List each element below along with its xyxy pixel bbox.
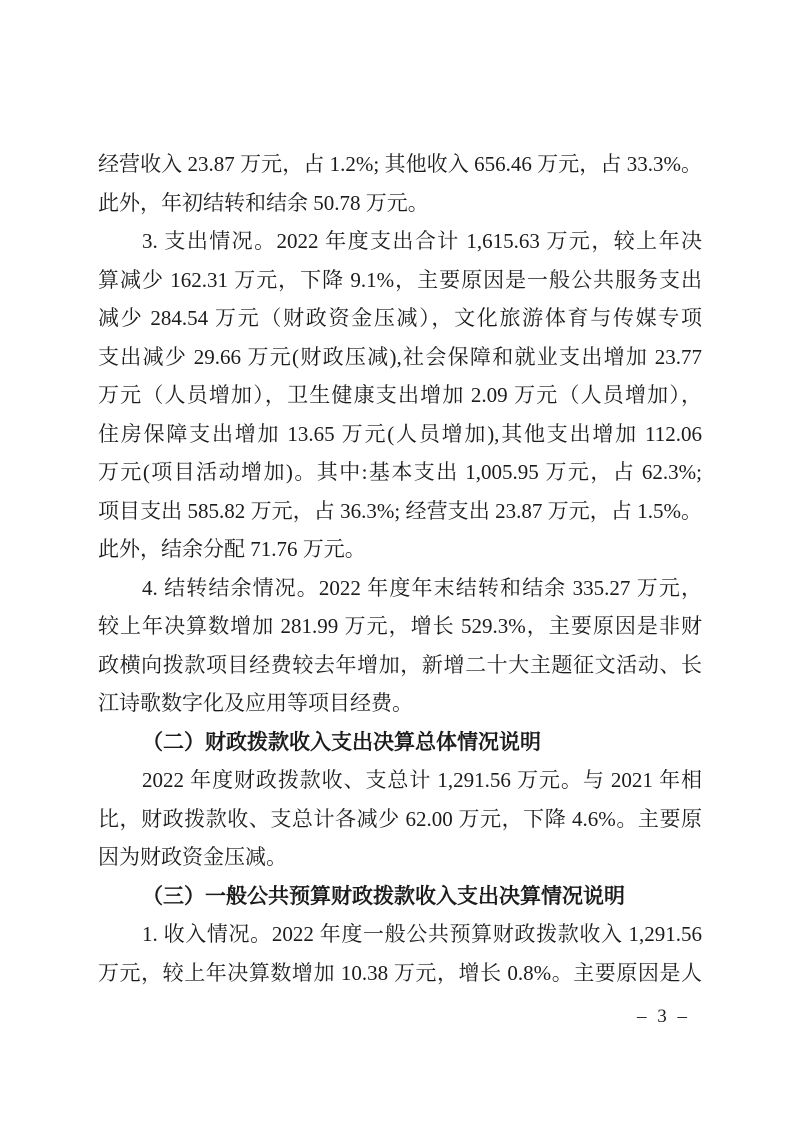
- text-line: 较上年决算数增加 281.99 万元，增长 529.3%，主要原因是非财: [98, 607, 702, 646]
- text-line: 万元（人员增加），卫生健康支出增加 2.09 万元（人员增加），: [98, 376, 702, 415]
- text-line: 此外，年初结转和结余 50.78 万元。: [98, 184, 702, 223]
- section-heading: （三）一般公共预算财政拨款收入支出决算情况说明: [98, 877, 702, 916]
- text-line: 经营收入 23.87 万元，占 1.2%; 其他收入 656.46 万元，占 3…: [98, 145, 702, 184]
- text-line: 4. 结转结余情况。2022 年度年末结转和结余 335.27 万元，: [98, 569, 702, 608]
- text-line: 比，财政拨款收、支总计各减少 62.00 万元，下降 4.6%。主要原: [98, 800, 702, 839]
- text-line: 万元(项目活动增加)。其中:基本支出 1,005.95 万元，占 62.3%;: [98, 453, 702, 492]
- text-line: 支出减少 29.66 万元(财政压减),社会保障和就业支出增加 23.77: [98, 338, 702, 377]
- text-line: 1. 收入情况。2022 年度一般公共预算财政拨款收入 1,291.56: [98, 915, 702, 954]
- text-line: 算减少 162.31 万元，下降 9.1%，主要原因是一般公共服务支出: [98, 261, 702, 300]
- text-line: 3. 支出情况。2022 年度支出合计 1,615.63 万元，较上年决: [98, 222, 702, 261]
- document-text: 经营收入 23.87 万元，占 1.2%; 其他收入 656.46 万元，占 3…: [98, 145, 702, 992]
- text-line: 2022 年度财政拨款收、支总计 1,291.56 万元。与 2021 年相: [98, 761, 702, 800]
- section-heading: （二）财政拨款收入支出决算总体情况说明: [98, 723, 702, 762]
- text-line: 此外，结余分配 71.76 万元。: [98, 530, 702, 569]
- text-line: 因为财政资金压减。: [98, 838, 702, 877]
- document-page: 经营收入 23.87 万元，占 1.2%; 其他收入 656.46 万元，占 3…: [0, 0, 793, 1122]
- text-line: 江诗歌数字化及应用等项目经费。: [98, 684, 702, 723]
- text-line: 项目支出 585.82 万元，占 36.3%; 经营支出 23.87 万元，占 …: [98, 492, 702, 531]
- text-line: 减少 284.54 万元（财政资金压减），文化旅游体育与传媒专项: [98, 299, 702, 338]
- text-line: 万元，较上年决算数增加 10.38 万元，增长 0.8%。主要原因是人: [98, 954, 702, 993]
- page-number: – 3 –: [98, 1006, 690, 1028]
- text-line: 政横向拨款项目经费较去年增加，新增二十大主题征文活动、长: [98, 646, 702, 685]
- text-line: 住房保障支出增加 13.65 万元(人员增加),其他支出增加 112.06: [98, 415, 702, 454]
